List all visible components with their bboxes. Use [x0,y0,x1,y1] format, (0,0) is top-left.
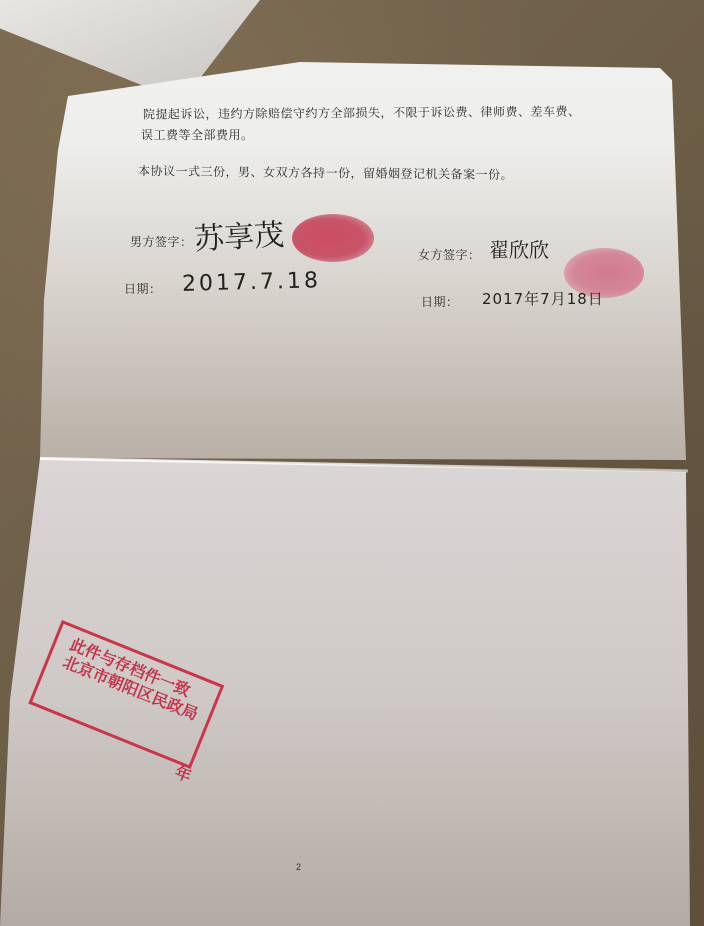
female-date-label: 日期： [421,293,459,310]
male-fingerprint [292,214,374,262]
male-signature-label: 男方签字： [130,233,193,250]
page-number: 2 [296,862,301,872]
male-date-label: 日期： [124,280,162,297]
female-date: 2017年7月18日 [482,288,604,309]
female-signature-label: 女方签字： [418,246,481,263]
male-signature: 苏享茂 [193,210,285,259]
clause-text-line-1: 院提起诉讼，违约方除赔偿守约方全部损失，不限于诉讼费、律师费、差车费、 [143,102,581,122]
female-signature: 翟欣欣 [489,234,549,263]
male-date: 2017.7.18 [182,268,322,297]
clause-text-line-2: 误工费等全部费用。 [141,126,254,143]
